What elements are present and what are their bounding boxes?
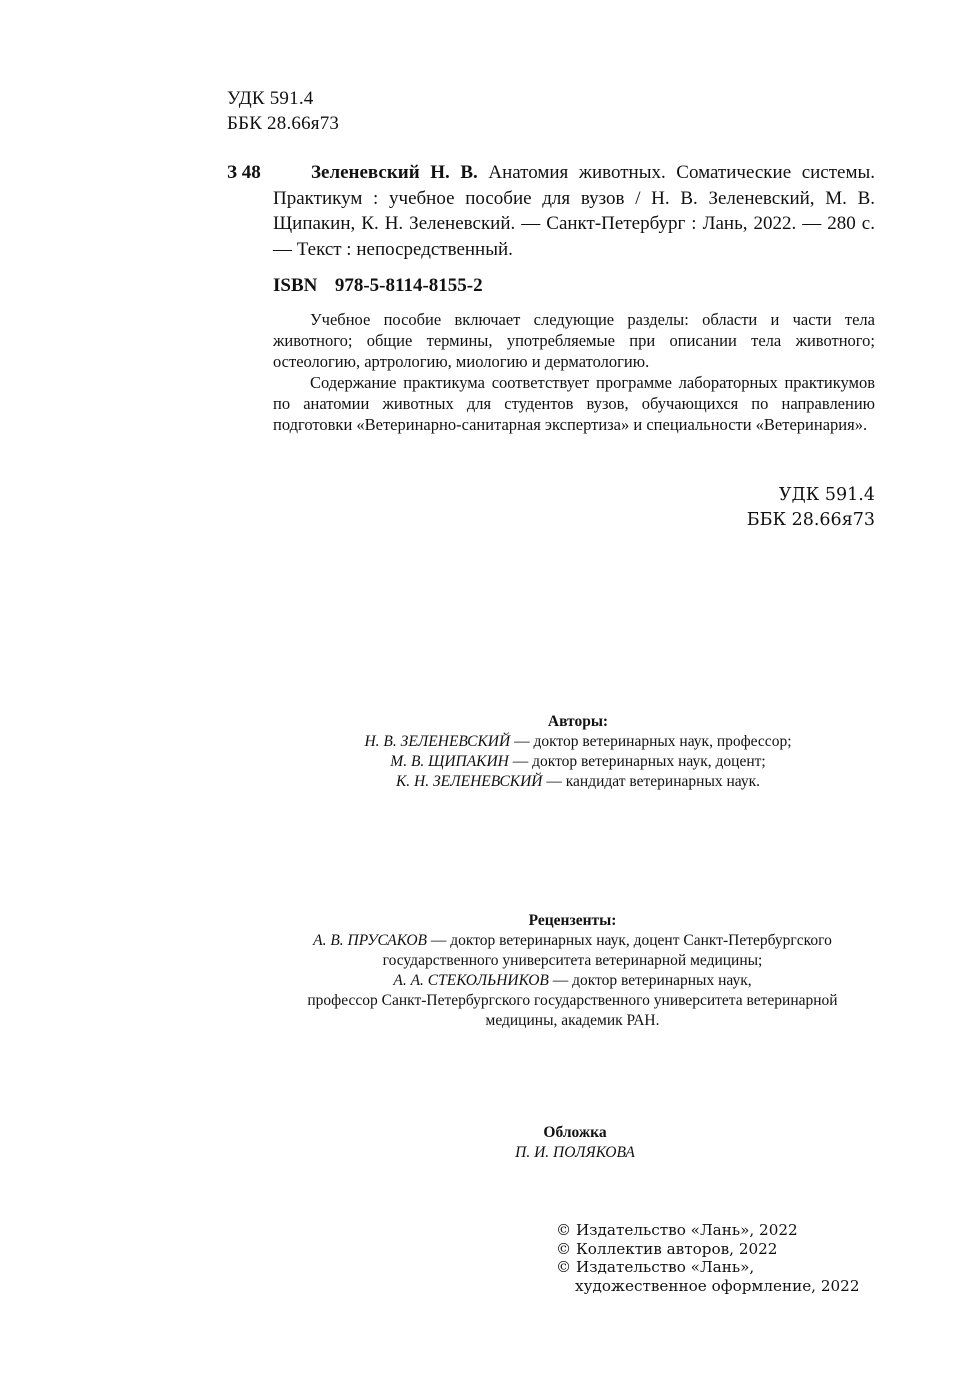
reviewer-entry: А. В. ПРУСАКОВ — доктор ветеринарных нау… xyxy=(240,931,905,951)
reviewer-entry: А. А. СТЕКОЛЬНИКОВ — доктор ветеринарных… xyxy=(240,971,905,991)
main-author: Зеленевский Н. В. xyxy=(311,162,478,183)
author-desc: — кандидат ветеринарных наук. xyxy=(543,773,761,790)
reviewers-heading: Рецензенты: xyxy=(240,911,905,931)
author-name: М. В. ЩИПАКИН xyxy=(390,753,509,770)
authors-section: Авторы: Н. В. ЗЕЛЕНЕВСКИЙ — доктор ветер… xyxy=(278,712,878,792)
author-name: К. Н. ЗЕЛЕНЕВСКИЙ xyxy=(396,773,543,790)
catalog-entry: З 48 Зеленевский Н. В. Анатомия животных… xyxy=(227,160,875,262)
abstract-paragraph: Содержание практикума соответствует прог… xyxy=(273,372,875,435)
bbk-code: ББК 28.66я73 xyxy=(747,508,875,533)
cover-section: Обложка П. И. ПОЛЯКОВА xyxy=(470,1123,680,1163)
author-entry: М. В. ЩИПАКИН — доктор ветеринарных наук… xyxy=(278,752,878,772)
reviewers-section: Рецензенты: А. В. ПРУСАКОВ — доктор вете… xyxy=(240,911,905,1031)
reviewer-name: А. В. ПРУСАКОВ xyxy=(313,932,427,949)
cover-heading: Обложка xyxy=(470,1123,680,1143)
author-entry: К. Н. ЗЕЛЕНЕВСКИЙ — кандидат ветеринарны… xyxy=(278,772,878,792)
copyright-section: © Издательство «Лань», 2022 © Коллектив … xyxy=(556,1221,860,1295)
copyright-line: © Коллектив авторов, 2022 xyxy=(556,1240,860,1259)
author-mark: З 48 xyxy=(227,160,261,186)
copyright-line: © Издательство «Лань», xyxy=(556,1258,860,1277)
authors-heading: Авторы: xyxy=(278,712,878,732)
cover-designer: П. И. ПОЛЯКОВА xyxy=(470,1143,680,1163)
classification-bottom: УДК 591.4 ББК 28.66я73 xyxy=(747,483,875,533)
reviewer-desc-continued: государственного университета ветеринарн… xyxy=(240,951,905,971)
reviewer-desc-continued: медицины, академик РАН. xyxy=(240,1011,905,1031)
reviewer-desc: — доктор ветеринарных наук, доцент Санкт… xyxy=(427,932,832,949)
reviewer-desc: — доктор ветеринарных наук, xyxy=(549,972,752,989)
copyright-line: © Издательство «Лань», 2022 xyxy=(556,1221,860,1240)
isbn: ISBN 978-5-8114-8155-2 xyxy=(273,274,483,298)
classification-top: УДК 591.4 ББК 28.66я73 xyxy=(227,86,339,136)
copyright-line: художественное оформление, 2022 xyxy=(556,1277,860,1296)
author-desc: — доктор ветеринарных наук, доцент; xyxy=(509,753,766,770)
reviewer-name: А. А. СТЕКОЛЬНИКОВ xyxy=(393,972,549,989)
udk-code: УДК 591.4 xyxy=(747,483,875,508)
author-name: Н. В. ЗЕЛЕНЕВСКИЙ xyxy=(364,733,510,750)
reviewer-desc-continued: профессор Санкт-Петербургского государст… xyxy=(240,991,905,1011)
bibliographic-description: Зеленевский Н. В. Анатомия животных. Сом… xyxy=(273,160,875,262)
author-entry: Н. В. ЗЕЛЕНЕВСКИЙ — доктор ветеринарных … xyxy=(278,732,878,752)
author-desc: — доктор ветеринарных наук, профессор; xyxy=(510,733,791,750)
bbk-code: ББК 28.66я73 xyxy=(227,111,339,136)
udk-code: УДК 591.4 xyxy=(227,86,339,111)
abstract: Учебное пособие включает следующие разде… xyxy=(273,309,875,435)
abstract-paragraph: Учебное пособие включает следующие разде… xyxy=(273,309,875,372)
